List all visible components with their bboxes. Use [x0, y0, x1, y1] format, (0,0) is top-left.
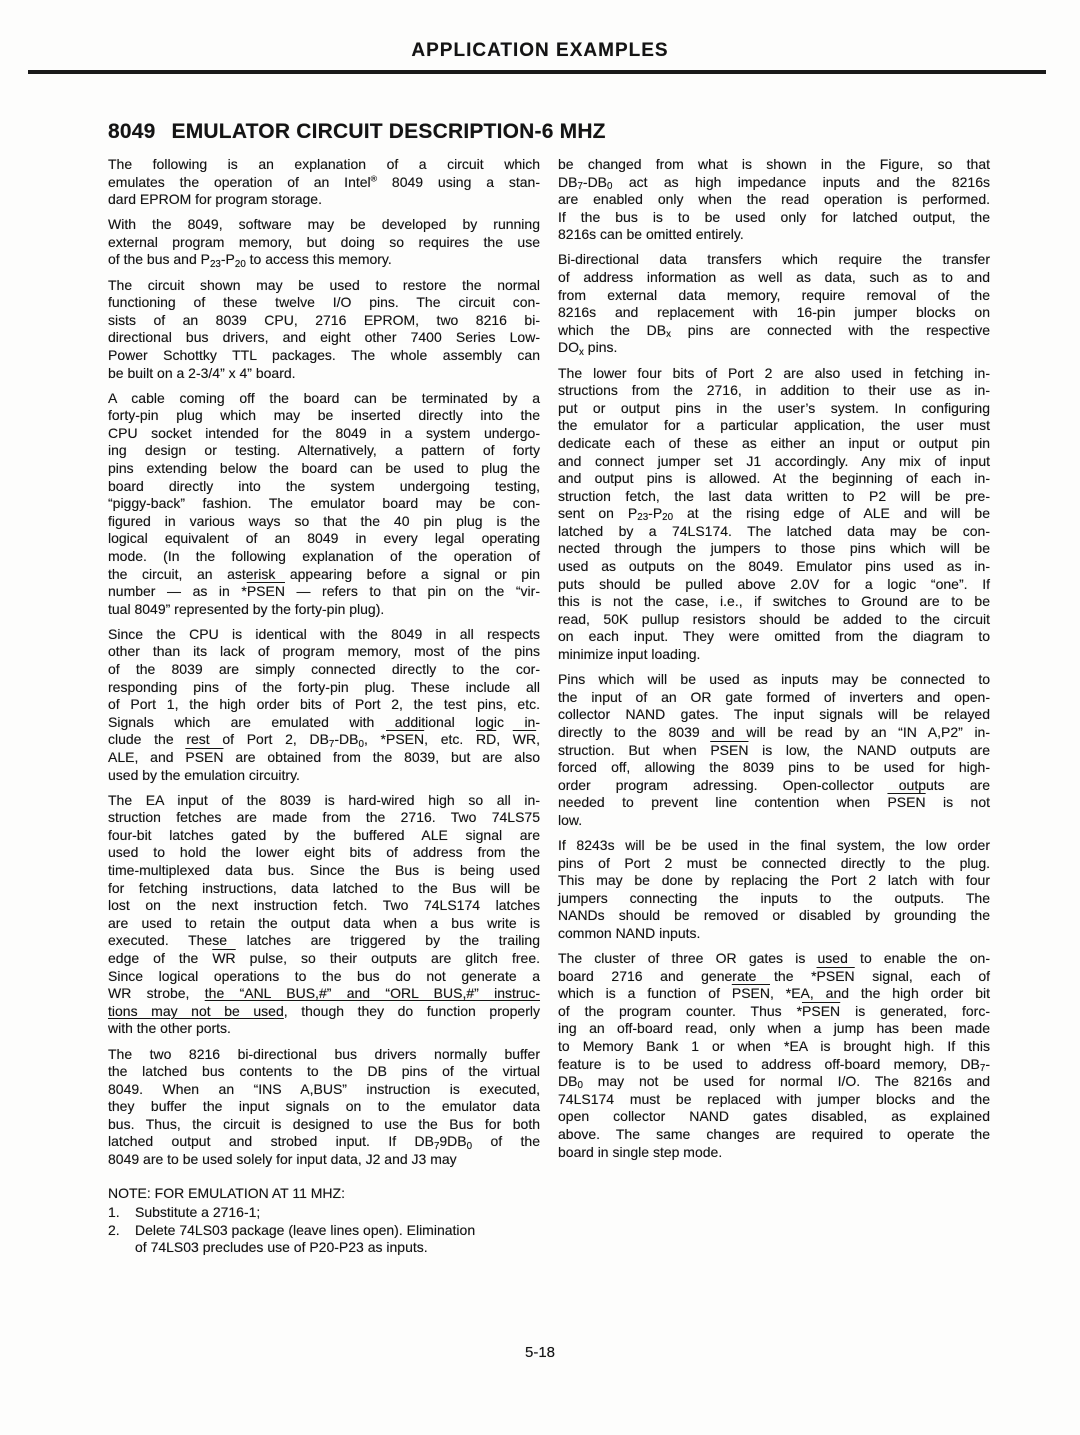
- text-line: latched by a 74LS174. The latched data m…: [558, 523, 990, 541]
- text-line: tual 8049” represented by the forty-pin …: [108, 601, 540, 619]
- text-line: With the 8049, software may be developed…: [108, 216, 540, 234]
- text-line: jumpers connecting the inputs to the out…: [558, 890, 990, 908]
- text-line: they buffer the input signals on to the …: [108, 1098, 540, 1116]
- text-line: NANDs should be removed or disabled by g…: [558, 907, 990, 925]
- text-line: 8216s can be omitted entirely.: [558, 226, 990, 244]
- text-line: and connect jumper set J1 accordingly. A…: [558, 453, 990, 471]
- note-block: NOTE: FOR EMULATION AT 11 MHZ:1.Substitu…: [108, 1185, 540, 1257]
- text-line: latched output and strobed input. If DB7…: [108, 1133, 540, 1151]
- text-line: which is a function of PSEN, *EA, and th…: [558, 985, 990, 1003]
- text-line: pins of Port 2 must be connected directl…: [558, 855, 990, 873]
- text-line: used to hold the lower eight bits of add…: [108, 844, 540, 862]
- text-line: logical equivalent of an 8049 in every l…: [108, 530, 540, 548]
- text-line: CPU socket intended for the 8049 in a sy…: [108, 425, 540, 443]
- text-line: forced off, allowing the 8039 pins to be…: [558, 759, 990, 777]
- note-item-text: Delete 74LS03 package (leave lines open)…: [135, 1222, 540, 1257]
- paragraph: Pins which will be used as inputs may be…: [558, 671, 990, 829]
- text-line: directional bus drivers, and eight other…: [108, 329, 540, 347]
- text-line: clude the rest of Port 2, DB7-DB0, *PSEN…: [108, 731, 540, 749]
- text-line: are used to retain the output data when …: [108, 915, 540, 933]
- text-line: structions from the 2716, in addition to…: [558, 382, 990, 400]
- text-line: ALE, and PSEN are obtained from the 8039…: [108, 749, 540, 767]
- text-line: Signals which are emulated with addition…: [108, 714, 540, 732]
- text-line: The two 8216 bi-directional bus drivers …: [108, 1046, 540, 1064]
- section-number: 8049: [108, 120, 156, 143]
- text-line: with the other ports.: [108, 1020, 540, 1038]
- header-rule: [28, 70, 1046, 74]
- text-line: “piggy-back” fashion. The emulator board…: [108, 495, 540, 513]
- text-line: struction. But when PSEN is low, the NAN…: [558, 742, 990, 760]
- text-line: DOx pins.: [558, 339, 990, 357]
- text-line: 8049 are to be used solely for input dat…: [108, 1151, 540, 1169]
- text-line: WR strobe, the “ANL BUS,#” and “ORL BUS,…: [108, 985, 540, 1003]
- text-line: the emulator for a particular applicatio…: [558, 417, 990, 435]
- paragraph: Bi-directional data transfers which requ…: [558, 251, 990, 357]
- note-item: 2.Delete 74LS03 package (leave lines ope…: [108, 1222, 540, 1257]
- text-line: The circuit shown may be used to restore…: [108, 277, 540, 295]
- text-line: forty-pin plug which may be inserted dir…: [108, 407, 540, 425]
- text-line: read, 50K pullup resistors should be add…: [558, 611, 990, 629]
- text-line: be changed from what is shown in the Fig…: [558, 156, 990, 174]
- text-line: 74LS174 must be replaced with jumper blo…: [558, 1091, 990, 1109]
- note-item-number: 1.: [108, 1204, 135, 1222]
- paragraph: With the 8049, software may be developed…: [108, 216, 540, 269]
- text-line: the latched bus contents to the DB pins …: [108, 1063, 540, 1081]
- text-line: Since the CPU is identical with the 8049…: [108, 626, 540, 644]
- text-line: minimize input loading.: [558, 646, 990, 664]
- text-line: open collector NAND gates disabled, as e…: [558, 1108, 990, 1126]
- text-line: lost on the next instruction fetch. Two …: [108, 897, 540, 915]
- text-line: Pins which will be used as inputs may be…: [558, 671, 990, 689]
- text-line: number — as in *PSEN — refers to that pi…: [108, 583, 540, 601]
- text-line: struction fetch, the last data written t…: [558, 488, 990, 506]
- article-title: 8049EMULATOR CIRCUIT DESCRIPTION-6 MHZ: [108, 120, 606, 144]
- text-line: which the DBx pins are connected with th…: [558, 322, 990, 340]
- text-line: dedicate each of these as either an inpu…: [558, 435, 990, 453]
- two-column-text: The following is an explanation of a cir…: [108, 156, 990, 1257]
- text-line: used by the emulation circuitry.: [108, 767, 540, 785]
- page-header-title: APPLICATION EXAMPLES: [0, 40, 1080, 62]
- text-line: directly to the 8039 and will be read by…: [558, 724, 990, 742]
- paragraph: The EA input of the 8039 is hard-wired h…: [108, 792, 540, 1038]
- left-column: The following is an explanation of a cir…: [108, 156, 540, 1257]
- text-line: dard EPROM for program storage.: [108, 191, 540, 209]
- text-line: Power Schottky TTL packages. The whole a…: [108, 347, 540, 365]
- text-line: If the bus is to be used only for latche…: [558, 209, 990, 227]
- text-line: sent on P23-P20 at the rising edge of AL…: [558, 505, 990, 523]
- text-line: mode. (In the following explanation of t…: [108, 548, 540, 566]
- text-line: of the 8039 are simply connected directl…: [108, 661, 540, 679]
- text-line: tions may not be used, though they do fu…: [108, 1003, 540, 1021]
- note-item-text: Substitute a 2716-1;: [135, 1204, 540, 1222]
- paragraph: The two 8216 bi-directional bus drivers …: [108, 1046, 540, 1169]
- text-line: low.: [558, 812, 990, 830]
- text-line: edge of the WR pulse, so their outputs a…: [108, 950, 540, 968]
- right-column: be changed from what is shown in the Fig…: [558, 156, 990, 1257]
- text-line: figured in various ways so that the 40 p…: [108, 513, 540, 531]
- text-line: above. The same changes are required to …: [558, 1126, 990, 1144]
- text-line: Since logical operations to the bus do n…: [108, 968, 540, 986]
- text-line: used as outputs on the 8049. Emulator pi…: [558, 558, 990, 576]
- text-line: are enabled only when the read operation…: [558, 191, 990, 209]
- text-line: needed to prevent line contention when P…: [558, 794, 990, 812]
- text-line: If 8243s will be be used in the final sy…: [558, 837, 990, 855]
- text-line: on each input. They were omitted from th…: [558, 628, 990, 646]
- text-line: bus. Thus, the circuit is designed to us…: [108, 1116, 540, 1134]
- text-line: This may be done by replacing the Port 2…: [558, 872, 990, 890]
- text-line: ing design or testing. Alternatively, a …: [108, 442, 540, 460]
- text-line: of address information as well as data, …: [558, 269, 990, 287]
- text-line: nected through the jumpers to those pins…: [558, 540, 990, 558]
- text-line: executed. These latches are triggered by…: [108, 932, 540, 950]
- text-line: puts should be pulled above 2.0V for a l…: [558, 576, 990, 594]
- text-line: from external data memory, require remov…: [558, 287, 990, 305]
- text-line: of the bus and P23-P20 to access this me…: [108, 251, 540, 269]
- text-line: ing an off-board read, only when a jump …: [558, 1020, 990, 1038]
- text-line: external program memory, but doing so re…: [108, 234, 540, 252]
- text-line: sists of an 8039 CPU, 2716 EPROM, two 82…: [108, 312, 540, 330]
- text-line: DB7-DB0 act as high impedance inputs and…: [558, 174, 990, 192]
- text-line: Delete 74LS03 package (leave lines open)…: [135, 1222, 540, 1240]
- text-line: 8216s and replacement with 16-pin jumper…: [558, 304, 990, 322]
- text-line: for fetching instructions, data latched …: [108, 880, 540, 898]
- text-line: this is not the case, i.e., if switches …: [558, 593, 990, 611]
- text-line: DB0 may not be used for normal I/O. The …: [558, 1073, 990, 1091]
- text-line: time-multiplexed data bus. Since the Bus…: [108, 862, 540, 880]
- text-line: of the program counter. Thus *PSEN is ge…: [558, 1003, 990, 1021]
- text-line: board in single step mode.: [558, 1144, 990, 1162]
- page-footer: 5-18: [0, 1344, 1080, 1361]
- text-line: 8049. When an “INS A,BUS” instruction is…: [108, 1081, 540, 1099]
- paragraph: be changed from what is shown in the Fig…: [558, 156, 990, 244]
- paragraph: The cluster of three OR gates is used to…: [558, 950, 990, 1161]
- text-line: common NAND inputs.: [558, 925, 990, 943]
- text-line: feature is to be used to address off-boa…: [558, 1056, 990, 1074]
- text-line: The following is an explanation of a cir…: [108, 156, 540, 174]
- text-line: emulates the operation of an Intel® 8049…: [108, 174, 540, 192]
- text-line: be built on a 2-3/4” x 4” board.: [108, 365, 540, 383]
- paragraph: A cable coming off the board can be term…: [108, 390, 540, 619]
- text-line: A cable coming off the board can be term…: [108, 390, 540, 408]
- note-item-number: 2.: [108, 1222, 135, 1257]
- text-line: order program adressing. Open-collector …: [558, 777, 990, 795]
- section-title: EMULATOR CIRCUIT DESCRIPTION-6 MHZ: [172, 120, 606, 143]
- text-line: The lower four bits of Port 2 are also u…: [558, 365, 990, 383]
- paragraph: Since the CPU is identical with the 8049…: [108, 626, 540, 784]
- text-line: to Memory Bank 1 or when *EA is brought …: [558, 1038, 990, 1056]
- text-line: struction fetches are made from the 2716…: [108, 809, 540, 827]
- text-line: board directly into the system undergoin…: [108, 478, 540, 496]
- text-line: board 2716 and generate the *PSEN signal…: [558, 968, 990, 986]
- note-title: NOTE: FOR EMULATION AT 11 MHZ:: [108, 1185, 540, 1203]
- text-line: the circuit, an asterisk appearing befor…: [108, 566, 540, 584]
- page-number: 5-18: [525, 1344, 555, 1361]
- text-line: pins extending below the board can be us…: [108, 460, 540, 478]
- document-page: APPLICATION EXAMPLES 8049EMULATOR CIRCUI…: [0, 0, 1080, 1435]
- text-line: and output pins is allowed. At the begin…: [558, 470, 990, 488]
- paragraph: The circuit shown may be used to restore…: [108, 277, 540, 383]
- text-line: collector NAND gates. The input signals …: [558, 706, 990, 724]
- paragraph: If 8243s will be be used in the final sy…: [558, 837, 990, 943]
- text-line: functioning of these twelve I/O pins. Th…: [108, 294, 540, 312]
- text-line: The cluster of three OR gates is used to…: [558, 950, 990, 968]
- text-line: the input of an OR gate formed of invert…: [558, 689, 990, 707]
- paragraph: The following is an explanation of a cir…: [108, 156, 540, 209]
- text-line: put or output pins in the user’s system.…: [558, 400, 990, 418]
- text-line: of Port 1, the high order bits of Port 2…: [108, 696, 540, 714]
- text-line: other than its lack of program memory, m…: [108, 643, 540, 661]
- text-line: of 74LS03 precludes use of P20-P23 as in…: [135, 1239, 540, 1257]
- text-line: four-bit latches gated by the buffered A…: [108, 827, 540, 845]
- text-line: Bi-directional data transfers which requ…: [558, 251, 990, 269]
- text-line: responding pins of the forty-pin plug. T…: [108, 679, 540, 697]
- text-line: Substitute a 2716-1;: [135, 1204, 540, 1222]
- note-item: 1.Substitute a 2716-1;: [108, 1204, 540, 1222]
- text-line: The EA input of the 8039 is hard-wired h…: [108, 792, 540, 810]
- paragraph: The lower four bits of Port 2 are also u…: [558, 365, 990, 664]
